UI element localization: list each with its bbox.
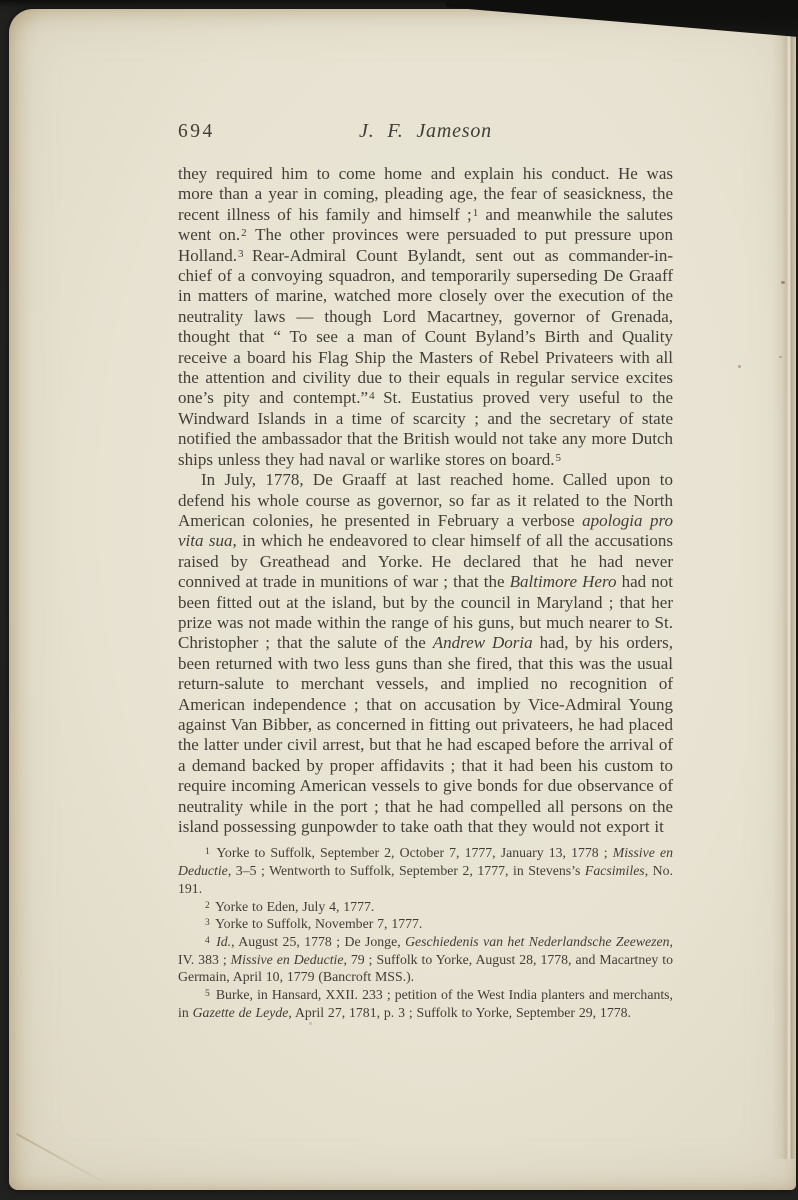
text-column: 694 J. F. Jameson they required him to c… [178,120,673,1021]
running-head-author: J. F. Jameson [178,120,673,143]
footnote: 4 Id., August 25, 1778 ; De Jonge, Gesch… [178,933,673,986]
body-paragraph: In July, 1778, De Graaff at last reached… [178,470,673,837]
footnote: 2 Yorke to Eden, July 4, 1777. [178,898,673,916]
footnote: 3 Yorke to Suffolk, November 7, 1777. [178,915,673,933]
paper-speck [309,1022,312,1025]
footnote: 1 Yorke to Suffolk, September 2, October… [178,844,673,897]
paper-speck [781,281,785,284]
paper-speck [779,356,782,358]
article-body: they required him to come home and expla… [178,164,673,837]
body-paragraph: they required him to come home and expla… [178,164,673,470]
bottom-left-fold-crease [16,1133,103,1182]
page-header: 694 J. F. Jameson [178,120,673,147]
scanner-mat-background: 694 J. F. Jameson they required him to c… [0,0,798,1200]
page-right-edge-fold [772,31,796,1159]
book-page-scan: 694 J. F. Jameson they required him to c… [9,9,796,1190]
paper-speck [738,365,741,368]
footnotes-section: 1 Yorke to Suffolk, September 2, October… [178,844,673,1021]
footnote: 5 Burke, in Hansard, XXII. 233 ; petitio… [178,986,673,1021]
